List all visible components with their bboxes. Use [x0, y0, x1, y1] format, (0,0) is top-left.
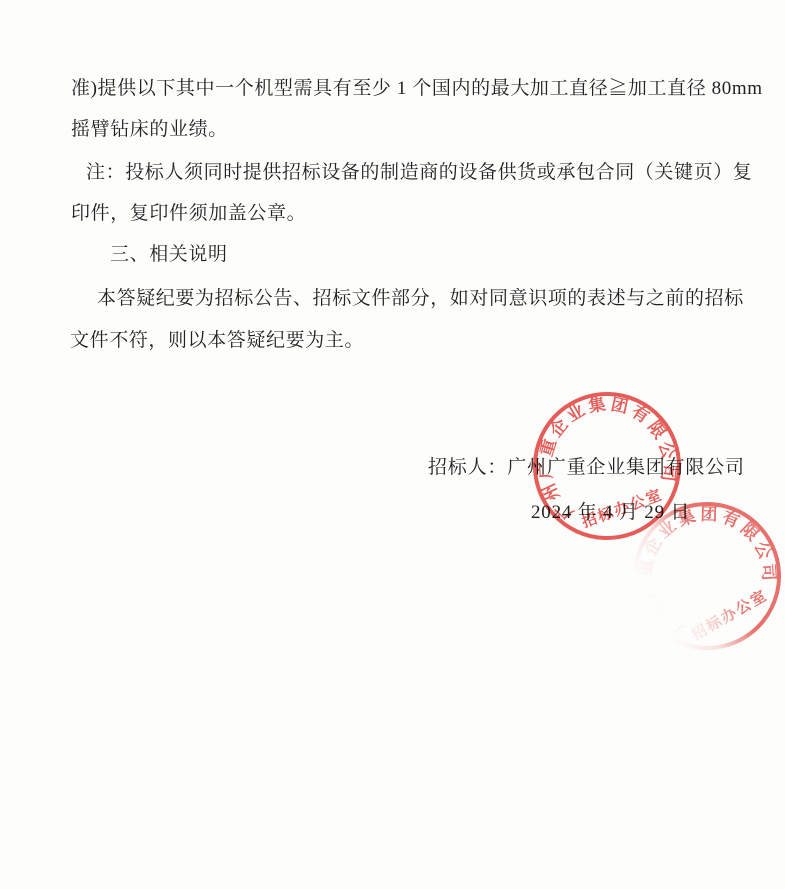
paragraph-line-3: 注：投标人须同时提供招标设备的制造商的设备供货或承包合同（关键页）复: [86, 161, 752, 185]
paragraph-line-4: 印件，复印件须加盖公章。: [71, 202, 306, 226]
document-page: 准)提供以下其中一个机型需具有至少 1 个国内的最大加工直径≧加工直径 80mm…: [0, 0, 785, 889]
section-heading: 三、相关说明: [110, 243, 228, 267]
paragraph-line-6: 本答疑纪要为招标公告、招标文件部分，如对同意识项的表述与之前的招标: [97, 287, 744, 311]
bidder-signature-line: 招标人：广州广重企业集团有限公司: [428, 452, 745, 479]
signature-date-line: 2024 年 4 月 29 日: [531, 497, 690, 524]
paragraph-line-7: 文件不符，则以本答疑纪要为主。: [70, 329, 364, 353]
company-seal-partial: 广州广重企业集团有限公司 招标办公室: [584, 453, 785, 699]
seal-office-text: 招标办公室: [687, 586, 770, 645]
paragraph-line-1: 准)提供以下其中一个机型需具有至少 1 个国内的最大加工直径≧加工直径 80mm: [71, 77, 763, 101]
paragraph-line-2: 摇臂钻床的业绩。: [71, 118, 228, 142]
